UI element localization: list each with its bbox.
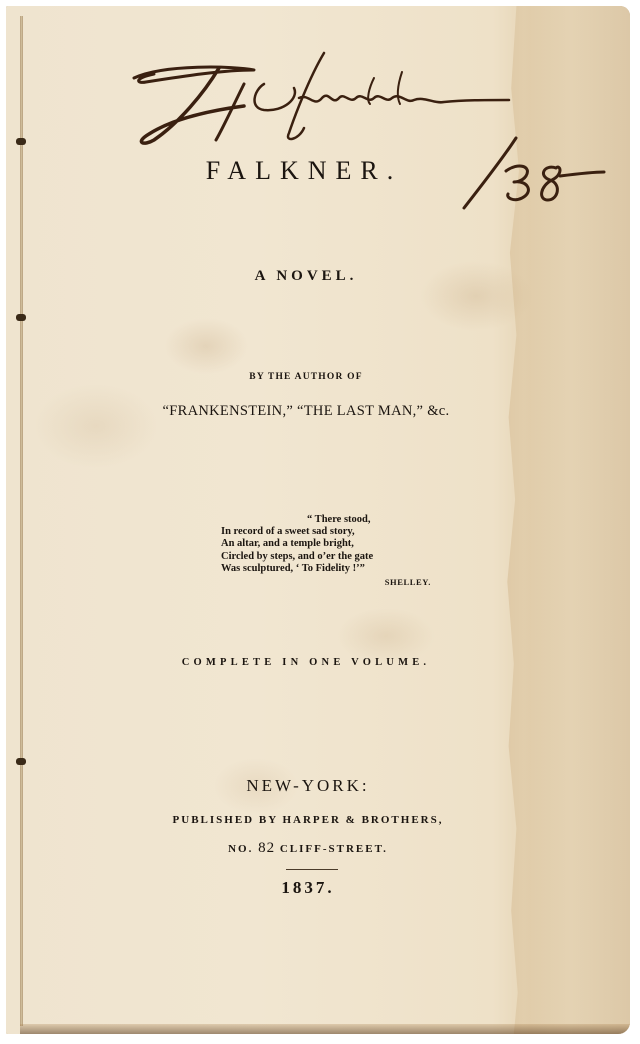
address-number: 82 (258, 840, 275, 856)
binding-hole (16, 314, 26, 321)
scanned-page: FALKNER. A NOVEL. BY THE AUTHOR OF “FRAN… (0, 0, 640, 1044)
book-subtitle: A NOVEL. (6, 268, 618, 285)
binding-hole (16, 758, 26, 765)
epigraph: “ There stood, In record of a sweet sad … (221, 514, 441, 588)
divider-rule (286, 869, 338, 870)
address-prefix: NO. (228, 843, 253, 855)
epigraph-line: “ There stood, (221, 514, 441, 526)
epigraph-line: An altar, and a temple bright, (221, 538, 441, 550)
address-street: CLIFF-STREET. (280, 843, 388, 855)
previous-works: “FRANKENSTEIN,” “THE LAST MAN,” &c. (6, 403, 618, 420)
imprint-city: NEW-YORK: (6, 776, 620, 796)
epigraph-attribution: SHELLEY. (221, 576, 441, 588)
epigraph-line: Was sculptured, ‘ To Fidelity !’” (221, 563, 441, 575)
by-author-line: BY THE AUTHOR OF (6, 372, 618, 382)
handwritten-signature-icon (124, 48, 524, 148)
imprint-year: 1837. (6, 878, 620, 898)
title-page: FALKNER. A NOVEL. BY THE AUTHOR OF “FRAN… (6, 6, 630, 1034)
imprint-publisher: PUBLISHED BY HARPER & BROTHERS, (6, 814, 620, 826)
epigraph-line: In record of a sweet sad story, (221, 526, 441, 538)
page-bottom-edge (20, 1024, 630, 1034)
imprint-address: NO. 82 CLIFF-STREET. (6, 840, 620, 857)
epigraph-line: Circled by steps, and o’er the gate (221, 551, 441, 563)
edition-note: COMPLETE IN ONE VOLUME. (6, 657, 618, 668)
book-title: FALKNER. (6, 156, 616, 186)
binding-hole (16, 138, 26, 145)
